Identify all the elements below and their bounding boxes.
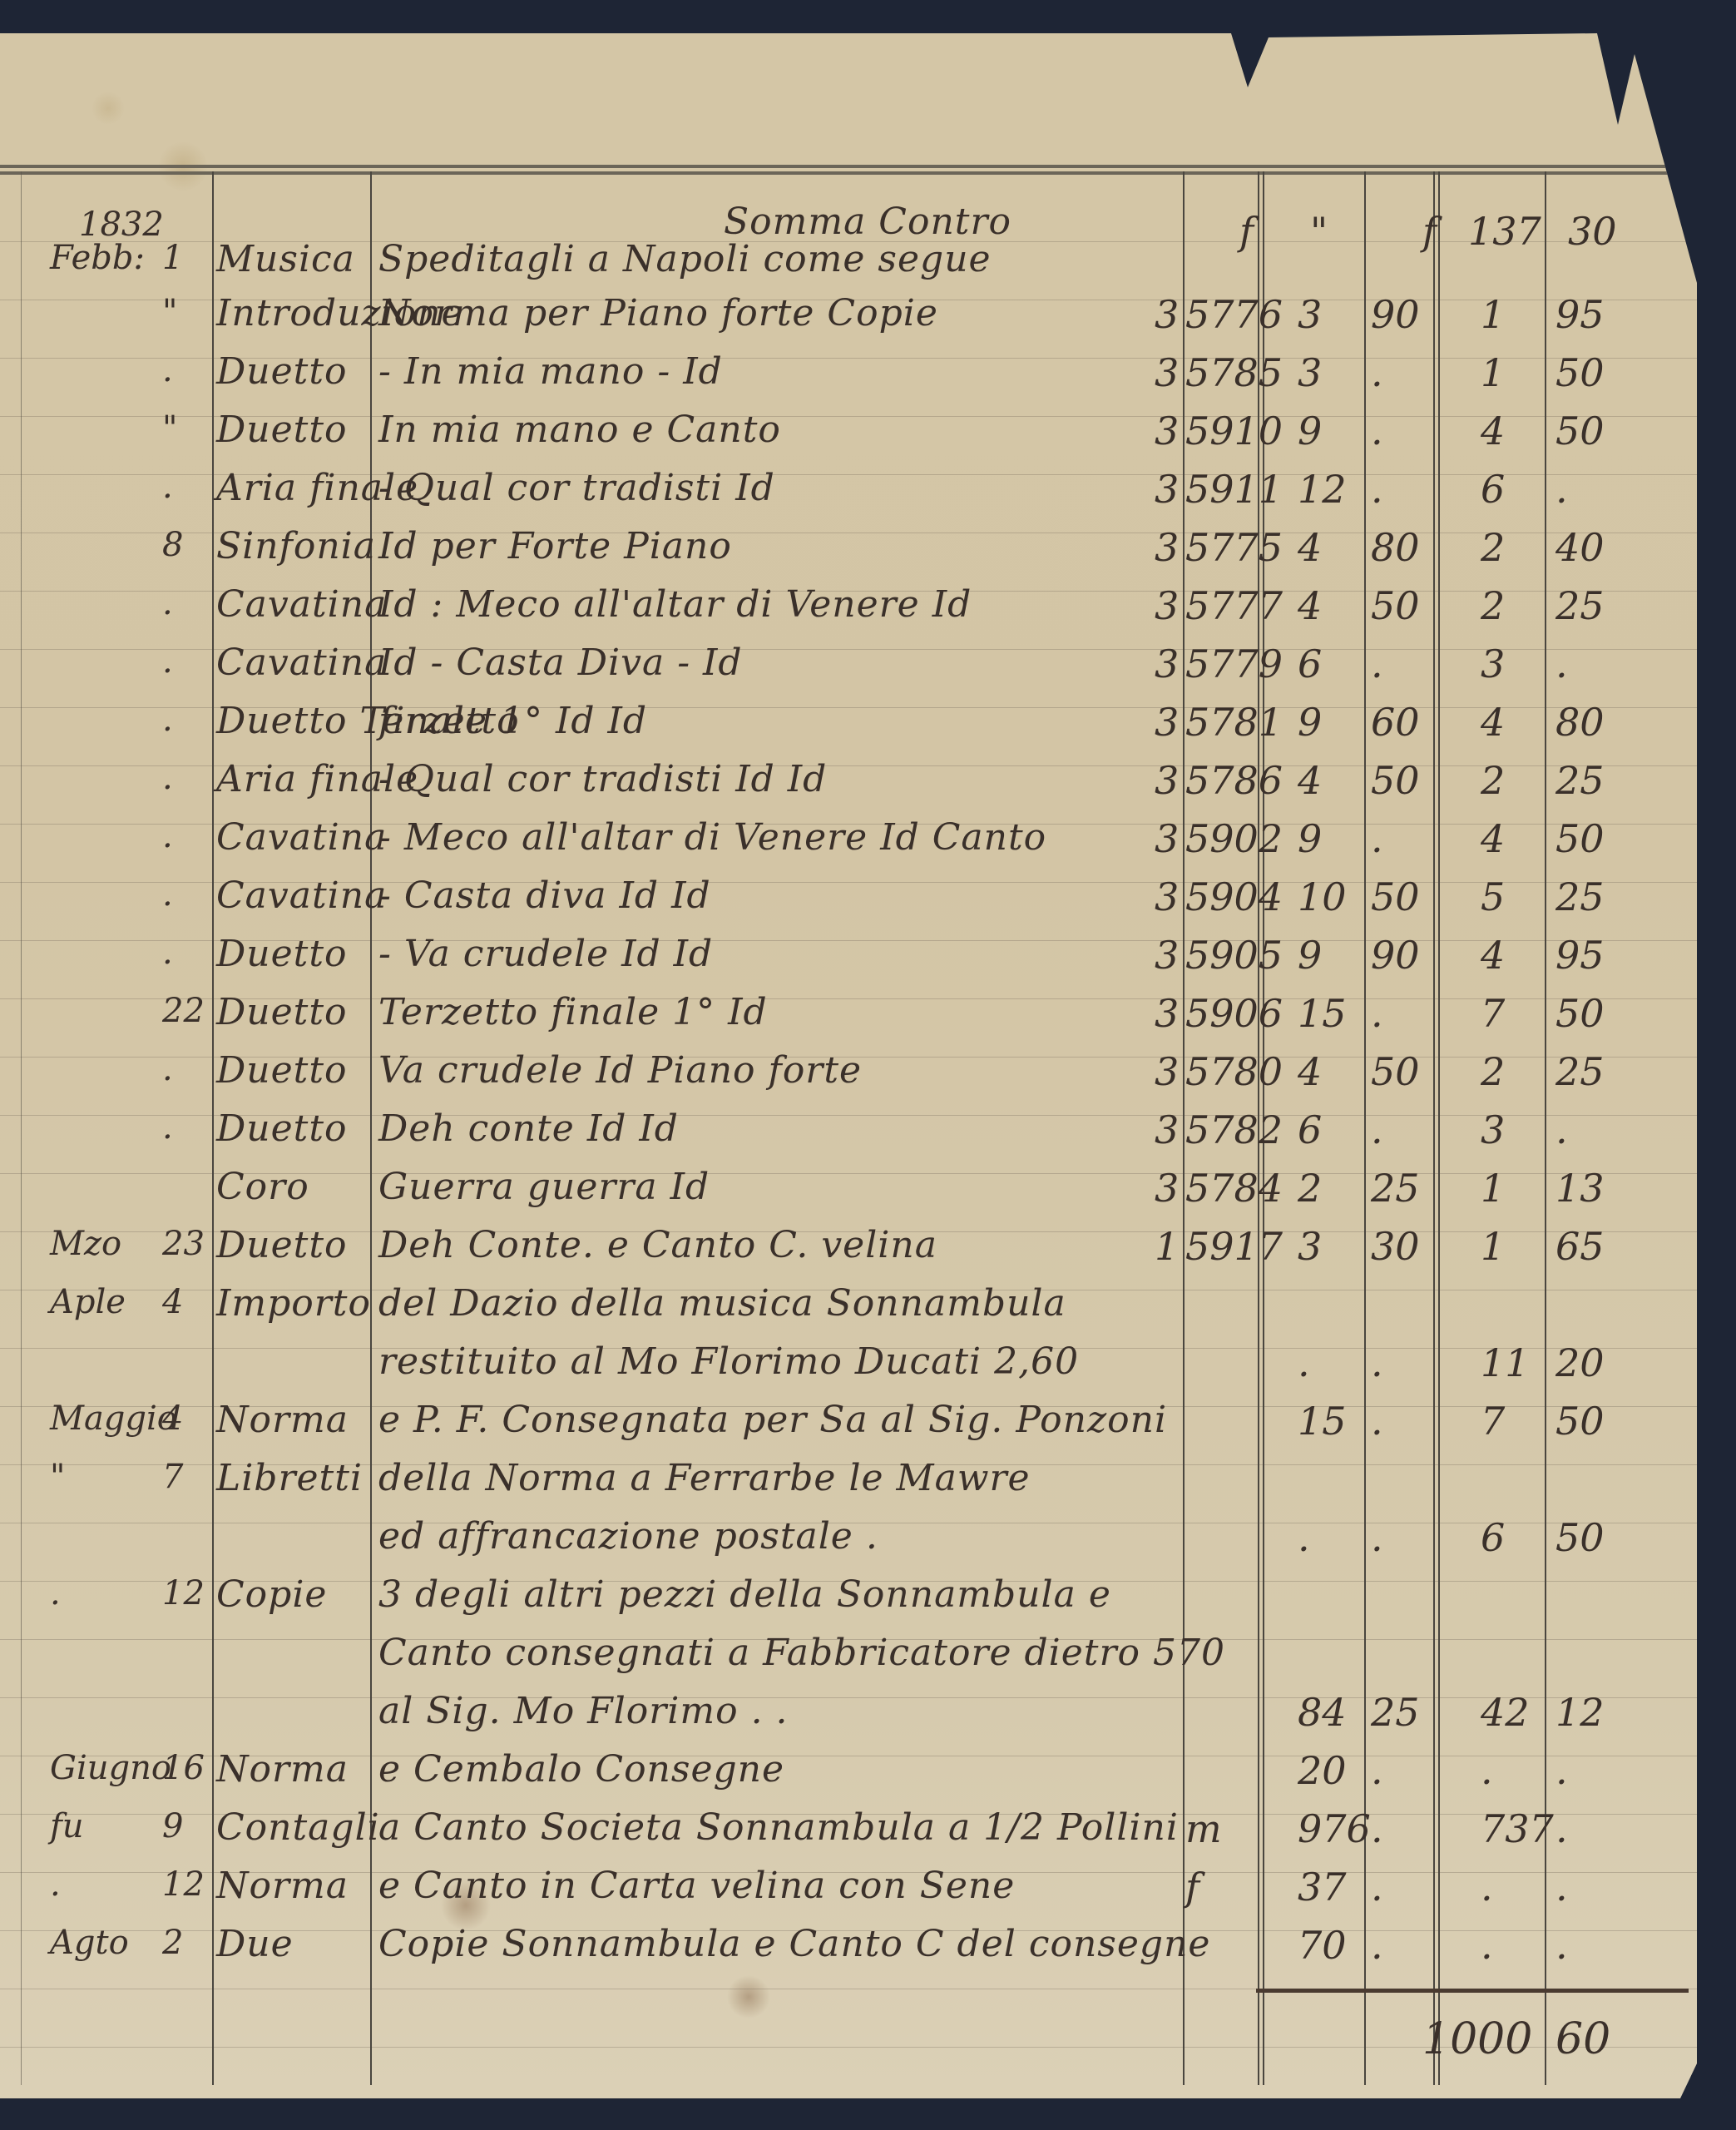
row-value-kr: 25 — [1371, 1693, 1420, 1731]
row-value-kr: . — [1371, 820, 1383, 858]
row-item: Musica — [216, 241, 355, 278]
row-item: Sinfonia — [216, 528, 376, 565]
row-item: Norma — [216, 1402, 349, 1439]
row-value-kr: . — [1371, 645, 1383, 683]
row-item: Due — [216, 1926, 294, 1963]
row-value-kr: . — [1371, 412, 1383, 450]
row-description: e Cembalo Consegne — [378, 1751, 784, 1788]
row-value-kr: . — [1371, 470, 1383, 508]
row-description: e Canto in Carta velina con Sene — [378, 1868, 1015, 1905]
row-paid-kr: 80 — [1555, 703, 1605, 741]
row-month: " — [50, 1460, 65, 1493]
paid-kr-column-rule — [1545, 171, 1546, 2085]
kr-column-rule — [1364, 171, 1366, 2085]
row-month: Agto — [50, 1926, 129, 1959]
row-value-fl: 976 — [1298, 1810, 1371, 1848]
row-paid-fl: 5 — [1481, 878, 1505, 916]
row-plate-number: f — [1185, 1868, 1199, 1906]
row-description: Id - Casta Diva - Id — [378, 645, 743, 681]
row-value-fl: 12 — [1298, 470, 1347, 508]
row-paid-fl: 42 — [1481, 1693, 1530, 1731]
row-day: . — [162, 878, 173, 911]
row-value-kr: . — [1371, 1111, 1383, 1149]
row-catalog: 3 — [1155, 936, 1179, 974]
row-item: Duetto — [216, 412, 348, 448]
row-item: Duetto — [216, 1111, 348, 1147]
row-plate-number: 5910 — [1185, 412, 1283, 450]
row-plate-number: 5904 — [1185, 878, 1283, 916]
row-paid-fl: 6 — [1481, 1518, 1505, 1557]
row-value-fl: 9 — [1298, 412, 1322, 450]
row-day: . — [162, 645, 173, 678]
row-value-fl: 37 — [1298, 1868, 1347, 1906]
row-catalog: 3 — [1155, 587, 1179, 625]
row-plate-number: m — [1185, 1810, 1222, 1848]
row-value-fl: 9 — [1298, 703, 1322, 741]
total-dec: 60 — [1555, 2018, 1610, 2061]
row-plate-number: 5777 — [1185, 587, 1283, 625]
row-description: restituito al Mo Florimo Ducati 2,60 — [378, 1344, 1079, 1380]
total-int: 1000 — [1422, 2018, 1532, 2061]
row-description: Id per Forte Piano — [378, 528, 732, 565]
row-item: Duetto — [216, 1227, 348, 1264]
row-value-fl: 70 — [1298, 1926, 1347, 1964]
row-paid-fl: 1 — [1481, 295, 1505, 334]
row-day: . — [162, 820, 173, 853]
row-day: . — [162, 354, 173, 387]
row-value-fl: 20 — [1298, 1751, 1347, 1790]
header-currency-a: f — [1239, 212, 1254, 250]
header-value-b-int: 137 — [1468, 212, 1541, 250]
row-value-kr: . — [1371, 354, 1383, 392]
row-paid-fl: 4 — [1481, 703, 1505, 741]
paid-column-rule-a — [1433, 171, 1435, 2085]
row-day: 2 — [162, 1926, 183, 1959]
ruled-line — [0, 1697, 1697, 1698]
row-day: . — [162, 761, 173, 795]
row-value-fl: . — [1298, 1518, 1310, 1557]
row-paid-kr: 25 — [1555, 1053, 1605, 1091]
row-day: 12 — [162, 1577, 205, 1610]
row-value-fl: 2 — [1298, 1169, 1322, 1207]
row-paid-fl: 4 — [1481, 412, 1505, 450]
row-plate-number: 5782 — [1185, 1111, 1283, 1149]
row-value-fl: 3 — [1298, 354, 1322, 392]
header-value-b-dec: 30 — [1568, 212, 1617, 250]
row-value-fl: 9 — [1298, 820, 1322, 858]
row-plate-number: 5784 — [1185, 1169, 1283, 1207]
row-day: 12 — [162, 1868, 205, 1901]
row-description: a Canto Societa Sonnambula a 1/2 Pollini — [378, 1810, 1179, 1846]
row-plate-number: 5780 — [1185, 1053, 1283, 1091]
row-paid-fl: 3 — [1481, 1111, 1505, 1149]
row-day: . — [162, 1111, 173, 1144]
row-value-fl: 4 — [1298, 528, 1322, 567]
row-catalog: 3 — [1155, 528, 1179, 567]
row-item: Coro — [216, 1169, 309, 1206]
row-description: e P. F. Consegnata per Sa al Sig. Ponzon… — [378, 1402, 1167, 1439]
row-day: . — [162, 470, 173, 503]
row-paid-fl: 1 — [1481, 1169, 1505, 1207]
row-catalog: 3 — [1155, 470, 1179, 508]
row-value-kr: 50 — [1371, 587, 1420, 625]
row-month: Febb: — [50, 241, 145, 275]
header-currency-b: f — [1422, 212, 1437, 250]
row-day: 7 — [162, 1460, 183, 1493]
row-plate-number: 5906 — [1185, 994, 1283, 1033]
row-paid-kr: . — [1555, 470, 1568, 508]
row-item: Duetto — [216, 994, 348, 1031]
paid-column-rule-b — [1438, 171, 1440, 2085]
row-description: ed affrancazione postale . — [378, 1518, 878, 1555]
row-catalog: 3 — [1155, 1169, 1179, 1207]
row-value-kr: . — [1371, 1751, 1383, 1790]
row-month: Maggio — [50, 1402, 177, 1435]
row-value-kr: 60 — [1371, 703, 1420, 741]
row-paid-kr: 65 — [1555, 1227, 1605, 1266]
row-value-fl: 6 — [1298, 1111, 1322, 1149]
row-paid-fl: 7 — [1481, 1402, 1505, 1440]
row-description: Speditagli a Napoli come segue — [378, 241, 992, 278]
row-catalog: 3 — [1155, 878, 1179, 916]
row-paid-fl: . — [1481, 1751, 1493, 1790]
row-day: . — [162, 936, 173, 969]
row-paid-kr: 50 — [1555, 820, 1605, 858]
row-value-kr: . — [1371, 994, 1383, 1033]
header-value-a: " — [1310, 212, 1328, 250]
row-value-kr: . — [1371, 1518, 1383, 1557]
row-paid-fl: . — [1481, 1868, 1493, 1906]
row-item: Duetto — [216, 354, 348, 390]
ledger-page: 1832 Somma Contro f " f 137 30 Febb:1Mus… — [0, 33, 1697, 2098]
row-plate-number: 5786 — [1185, 761, 1283, 800]
row-paid-kr: 50 — [1555, 412, 1605, 450]
row-item: Norma — [216, 1868, 349, 1905]
row-paid-kr: 95 — [1555, 295, 1605, 334]
row-day: 4 — [162, 1402, 183, 1435]
row-value-kr: 50 — [1371, 761, 1420, 800]
row-paid-kr: . — [1555, 1111, 1568, 1149]
row-plate-number: 5775 — [1185, 528, 1283, 567]
row-description: In mia mano e Canto — [378, 412, 781, 448]
row-description: Terzetto finale 1° Id — [378, 994, 768, 1031]
row-value-kr: 90 — [1371, 936, 1420, 974]
row-paid-fl: 2 — [1481, 587, 1505, 625]
row-value-kr: 25 — [1371, 1169, 1420, 1207]
row-catalog: 3 — [1155, 820, 1179, 858]
row-value-fl: 9 — [1298, 936, 1322, 974]
row-value-kr: . — [1371, 1926, 1383, 1964]
row-catalog: 3 — [1155, 703, 1179, 741]
date-column-rule — [212, 171, 214, 2085]
row-day: 22 — [162, 994, 205, 1028]
header-rule-top — [0, 165, 1697, 168]
row-value-fl: 15 — [1298, 1402, 1347, 1440]
item-column-rule — [370, 171, 372, 2085]
row-paid-kr: 25 — [1555, 587, 1605, 625]
row-catalog: 3 — [1155, 994, 1179, 1033]
row-item: Contagli — [216, 1810, 380, 1846]
row-day: . — [162, 1053, 173, 1086]
row-value-fl: 3 — [1298, 295, 1322, 334]
row-item: Duetto — [216, 1053, 348, 1089]
row-paid-fl: 2 — [1481, 761, 1505, 800]
row-catalog: 3 — [1155, 412, 1179, 450]
row-month: . — [50, 1577, 61, 1610]
row-description: Va crudele Id Piano forte — [378, 1053, 862, 1089]
row-paid-fl: 1 — [1481, 1227, 1505, 1266]
row-paid-kr: 50 — [1555, 354, 1605, 392]
row-paid-kr: 95 — [1555, 936, 1605, 974]
row-item: Norma — [216, 1751, 349, 1788]
row-paid-kr: . — [1555, 645, 1568, 683]
row-month: Giugno — [50, 1751, 171, 1785]
row-month: Mzo — [50, 1227, 121, 1261]
row-paid-kr: 12 — [1555, 1693, 1605, 1731]
row-item: Duetto — [216, 936, 348, 973]
row-description: Norma per Piano forte Copie — [378, 295, 938, 332]
row-paid-fl: 737 — [1481, 1810, 1554, 1848]
row-value-kr: . — [1371, 1402, 1383, 1440]
row-paid-kr: . — [1555, 1810, 1568, 1848]
row-day: 1 — [162, 241, 183, 275]
row-paid-fl: 4 — [1481, 936, 1505, 974]
row-paid-fl: 1 — [1481, 354, 1505, 392]
row-item: Cavatina — [216, 587, 387, 623]
row-paid-fl: 2 — [1481, 528, 1505, 567]
row-plate-number: 5776 — [1185, 295, 1283, 334]
row-plate-number: 5785 — [1185, 354, 1283, 392]
row-item: Libretti — [216, 1460, 363, 1497]
row-value-kr: 50 — [1371, 878, 1420, 916]
row-description: - Qual cor tradisti Id — [378, 470, 775, 507]
row-description: Deh Conte. e Canto C. velina — [378, 1227, 937, 1264]
row-description: Canto consegnati a Fabbricatore dietro 5… — [378, 1635, 1225, 1672]
year-label: 1832 — [79, 208, 164, 241]
row-paid-fl: 4 — [1481, 820, 1505, 858]
row-paid-kr: . — [1555, 1751, 1568, 1790]
row-paid-fl: 3 — [1481, 645, 1505, 683]
row-paid-fl: 7 — [1481, 994, 1505, 1033]
row-day: " — [162, 295, 177, 329]
row-paid-fl: 6 — [1481, 470, 1505, 508]
row-value-fl: 4 — [1298, 761, 1322, 800]
row-catalog: 1 — [1155, 1227, 1179, 1266]
row-day: " — [162, 412, 177, 445]
row-value-kr: . — [1371, 1344, 1383, 1382]
row-description: Guerra guerra Id — [378, 1169, 710, 1206]
row-value-kr: 90 — [1371, 295, 1420, 334]
row-catalog: 3 — [1155, 1111, 1179, 1149]
row-paid-kr: 25 — [1555, 878, 1605, 916]
row-description: della Norma a Ferrarbe le Mawre — [378, 1460, 1031, 1497]
row-description: - Va crudele Id Id — [378, 936, 713, 973]
row-month: fu — [50, 1810, 84, 1843]
row-day: 9 — [162, 1810, 183, 1843]
row-item: Cavatina — [216, 645, 387, 681]
row-value-fl: 3 — [1298, 1227, 1322, 1266]
row-paid-kr: 25 — [1555, 761, 1605, 800]
row-plate-number: 5781 — [1185, 703, 1283, 741]
row-description: - Meco all'altar di Venere Id Canto — [378, 820, 1046, 856]
row-plate-number: 5902 — [1185, 820, 1283, 858]
catalog-column-rule — [1183, 171, 1185, 2085]
row-description: - Casta diva Id Id — [378, 878, 711, 914]
row-plate-number: 5779 — [1185, 645, 1283, 683]
row-item: Copie — [216, 1577, 327, 1613]
row-paid-kr: 50 — [1555, 1518, 1605, 1557]
row-value-kr: 30 — [1371, 1227, 1420, 1266]
row-paid-kr: 13 — [1555, 1169, 1605, 1207]
row-paid-kr: 50 — [1555, 994, 1605, 1033]
row-item: Importo — [216, 1285, 371, 1322]
row-day: 16 — [162, 1751, 205, 1785]
row-paid-fl: 11 — [1481, 1344, 1530, 1382]
row-description: Deh conte Id Id — [378, 1111, 679, 1147]
row-description: - In mia mano - Id — [378, 354, 723, 390]
row-catalog: 3 — [1155, 645, 1179, 683]
row-description: al Sig. Mo Florimo . . — [378, 1693, 789, 1730]
row-value-fl: . — [1298, 1344, 1310, 1382]
row-description: - Qual cor tradisti Id Id — [378, 761, 827, 798]
row-plate-number: 5911 — [1185, 470, 1283, 508]
row-paid-fl: 2 — [1481, 1053, 1505, 1091]
row-month: Aple — [50, 1285, 126, 1319]
row-value-fl: 6 — [1298, 645, 1322, 683]
row-value-kr: 50 — [1371, 1053, 1420, 1091]
somma-contro-label: Somma Contro — [724, 204, 1011, 240]
row-value-kr: 80 — [1371, 528, 1420, 567]
row-day: 8 — [162, 528, 183, 562]
row-paid-kr: 50 — [1555, 1402, 1605, 1440]
row-description: Copie Sonnambula e Canto C del consegne — [378, 1926, 1210, 1963]
row-item: Cavatina — [216, 878, 387, 914]
row-description: 3 degli altri pezzi della Sonnambula e — [378, 1577, 1111, 1613]
header-rule-bottom — [0, 171, 1697, 175]
row-value-fl: 10 — [1298, 878, 1347, 916]
row-description: del Dazio della musica Sonnambula — [378, 1285, 1066, 1322]
row-value-fl: 15 — [1298, 994, 1347, 1033]
row-description: Id : Meco all'altar di Venere Id — [378, 587, 972, 623]
row-day: 4 — [162, 1285, 183, 1319]
row-value-fl: 84 — [1298, 1693, 1347, 1731]
row-day: . — [162, 587, 173, 620]
row-item: Cavatina — [216, 820, 387, 856]
row-day: . — [162, 703, 173, 736]
row-catalog: 3 — [1155, 354, 1179, 392]
row-plate-number: 5905 — [1185, 936, 1283, 974]
row-month: . — [50, 1868, 61, 1901]
row-value-fl: 4 — [1298, 1053, 1322, 1091]
row-paid-kr: 20 — [1555, 1344, 1605, 1382]
row-paid-kr: . — [1555, 1926, 1568, 1964]
total-rule — [1256, 1989, 1689, 1993]
row-catalog: 3 — [1155, 761, 1179, 800]
row-catalog: 3 — [1155, 1053, 1179, 1091]
row-value-kr: . — [1371, 1810, 1383, 1848]
row-catalog: 3 — [1155, 295, 1179, 334]
row-paid-fl: . — [1481, 1926, 1493, 1964]
row-paid-kr: 40 — [1555, 528, 1605, 567]
row-value-kr: . — [1371, 1868, 1383, 1906]
margin-rule — [21, 171, 22, 2085]
row-plate-number: 5917 — [1185, 1227, 1283, 1266]
row-paid-kr: . — [1555, 1868, 1568, 1906]
row-day: 23 — [162, 1227, 205, 1261]
row-value-fl: 4 — [1298, 587, 1322, 625]
row-description: finale 1° Id Id — [378, 703, 647, 740]
